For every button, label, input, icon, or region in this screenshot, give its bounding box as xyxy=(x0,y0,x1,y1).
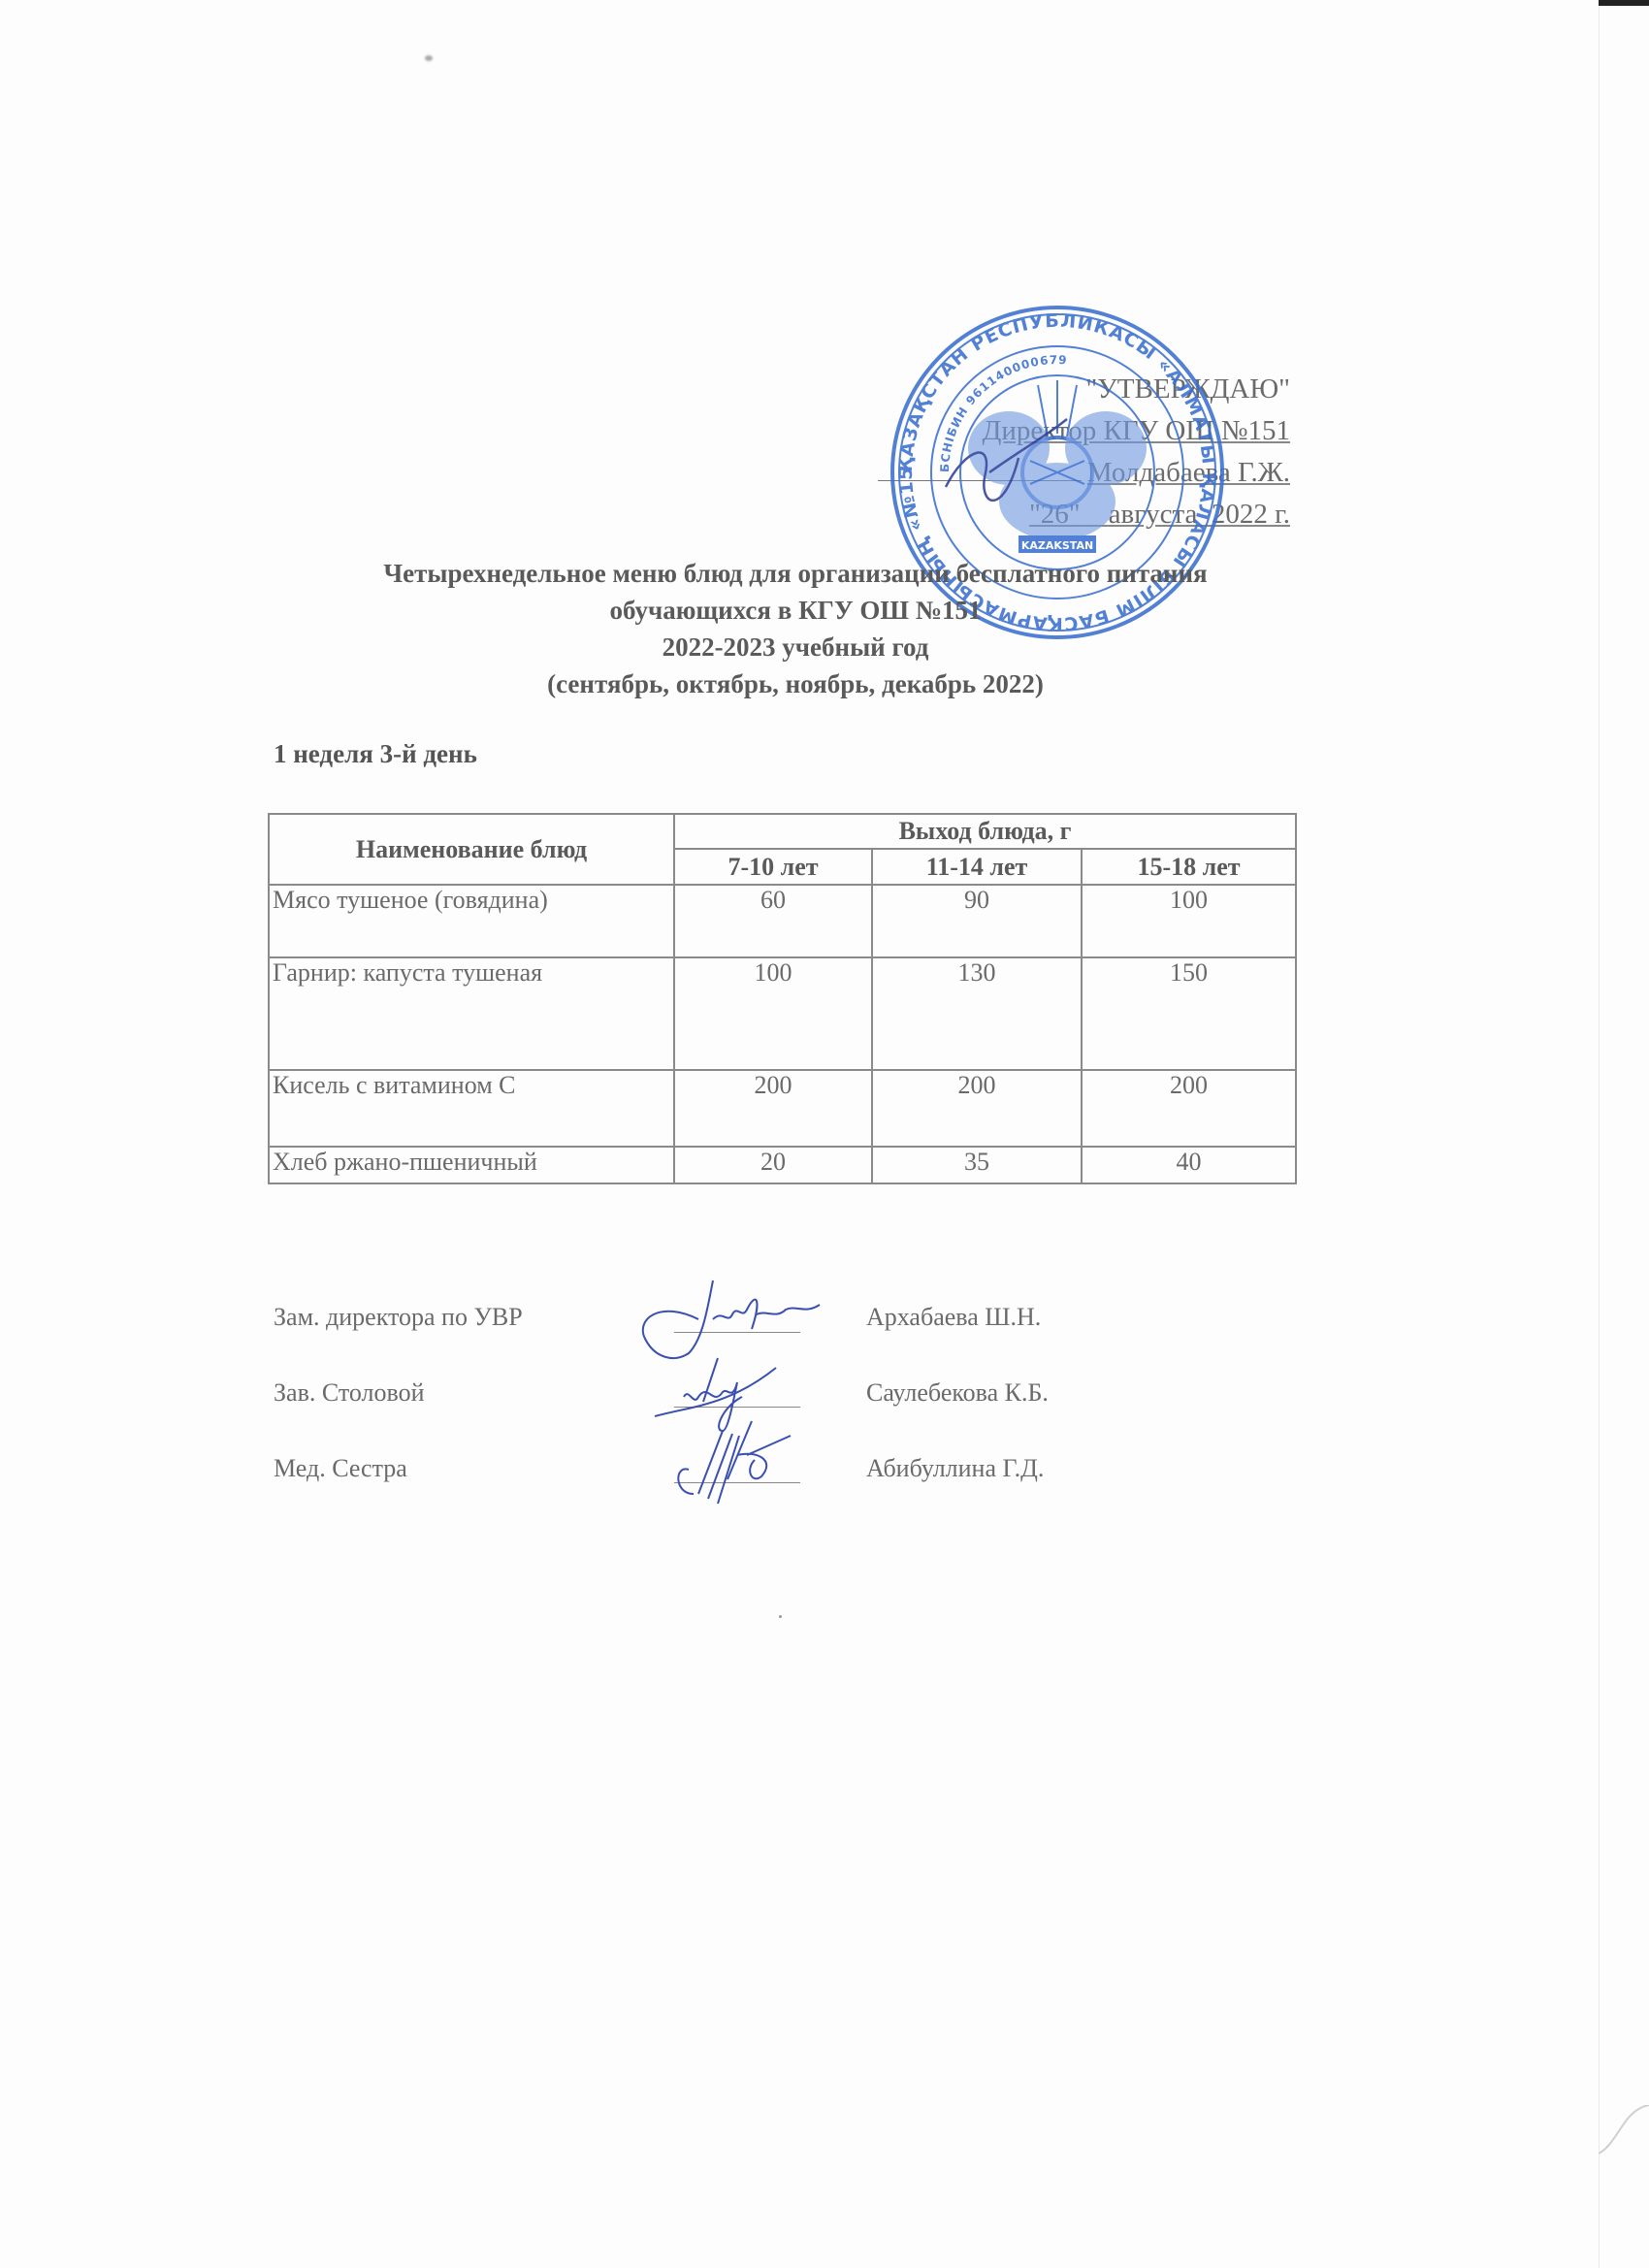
dish-name: Гарнир: капуста тушеная xyxy=(269,957,674,1070)
scan-edge-line xyxy=(1599,6,1600,2268)
dish-name: Кисель с витамином С xyxy=(269,1070,674,1147)
portion-7-10: 200 xyxy=(674,1070,872,1147)
dish-name: Мясо тушеное (говядина) xyxy=(269,885,674,957)
header-age-15-18: 15-18 лет xyxy=(1082,849,1296,885)
scan-curve-artifact xyxy=(1599,2105,1649,2183)
scan-corner-artifact xyxy=(1599,0,1649,6)
menu-table: Наименование блюд Выход блюда, г 7-10 ле… xyxy=(268,813,1297,1184)
portion-15-18: 100 xyxy=(1082,885,1296,957)
stamp-emblem-label: KAZAKSTAN xyxy=(1021,539,1093,552)
table-row: Гарнир: капуста тушеная 100 130 150 xyxy=(269,957,1296,1070)
title-line-4: (сентябрь, октябрь, ноябрь, декабрь 2022… xyxy=(0,665,1591,702)
portion-11-14: 90 xyxy=(872,885,1082,957)
signature-role: Зав. Столовой xyxy=(274,1378,425,1408)
portion-15-18: 200 xyxy=(1082,1070,1296,1147)
header-output: Выход блюда, г xyxy=(674,814,1296,849)
portion-7-10: 60 xyxy=(674,885,872,957)
table-row: Кисель с витамином С 200 200 200 xyxy=(269,1070,1296,1147)
table-row: Хлеб ржано-пшеничный 20 35 40 xyxy=(269,1147,1296,1183)
handwritten-signatures xyxy=(630,1261,863,1513)
week-day-heading: 1 неделя 3-й день xyxy=(274,739,477,769)
signature-role: Зам. директора по УВР xyxy=(274,1303,523,1332)
portion-11-14: 130 xyxy=(872,957,1082,1070)
header-age-11-14: 11-14 лет xyxy=(872,849,1082,885)
dish-name: Хлеб ржано-пшеничный xyxy=(269,1147,674,1183)
portion-11-14: 200 xyxy=(872,1070,1082,1147)
title-line-3: 2022-2023 учебный год xyxy=(0,629,1591,665)
portion-15-18: 40 xyxy=(1082,1147,1296,1183)
signature-name: Саулебекова К.Б. xyxy=(866,1378,1049,1408)
header-age-7-10: 7-10 лет xyxy=(674,849,872,885)
title-line-1: Четырехнедельное меню блюд для организац… xyxy=(0,555,1591,592)
portion-7-10: 100 xyxy=(674,957,872,1070)
signature-role: Мед. Сестра xyxy=(274,1454,407,1483)
document-title: Четырехнедельное меню блюд для организац… xyxy=(0,555,1591,702)
scan-speck xyxy=(425,55,433,61)
signature-name: Архабаева Ш.Н. xyxy=(866,1303,1041,1332)
table-row: Мясо тушеное (говядина) 60 90 100 xyxy=(269,885,1296,957)
portion-7-10: 20 xyxy=(674,1147,872,1183)
portion-11-14: 35 xyxy=(872,1147,1082,1183)
header-dish-name: Наименование блюд xyxy=(269,814,674,885)
signature-name: Абибуллина Г.Д. xyxy=(866,1454,1044,1483)
title-line-2: обучающихся в КГУ ОШ №151 xyxy=(0,592,1591,629)
portion-15-18: 150 xyxy=(1082,957,1296,1070)
scan-speck xyxy=(779,1615,782,1618)
